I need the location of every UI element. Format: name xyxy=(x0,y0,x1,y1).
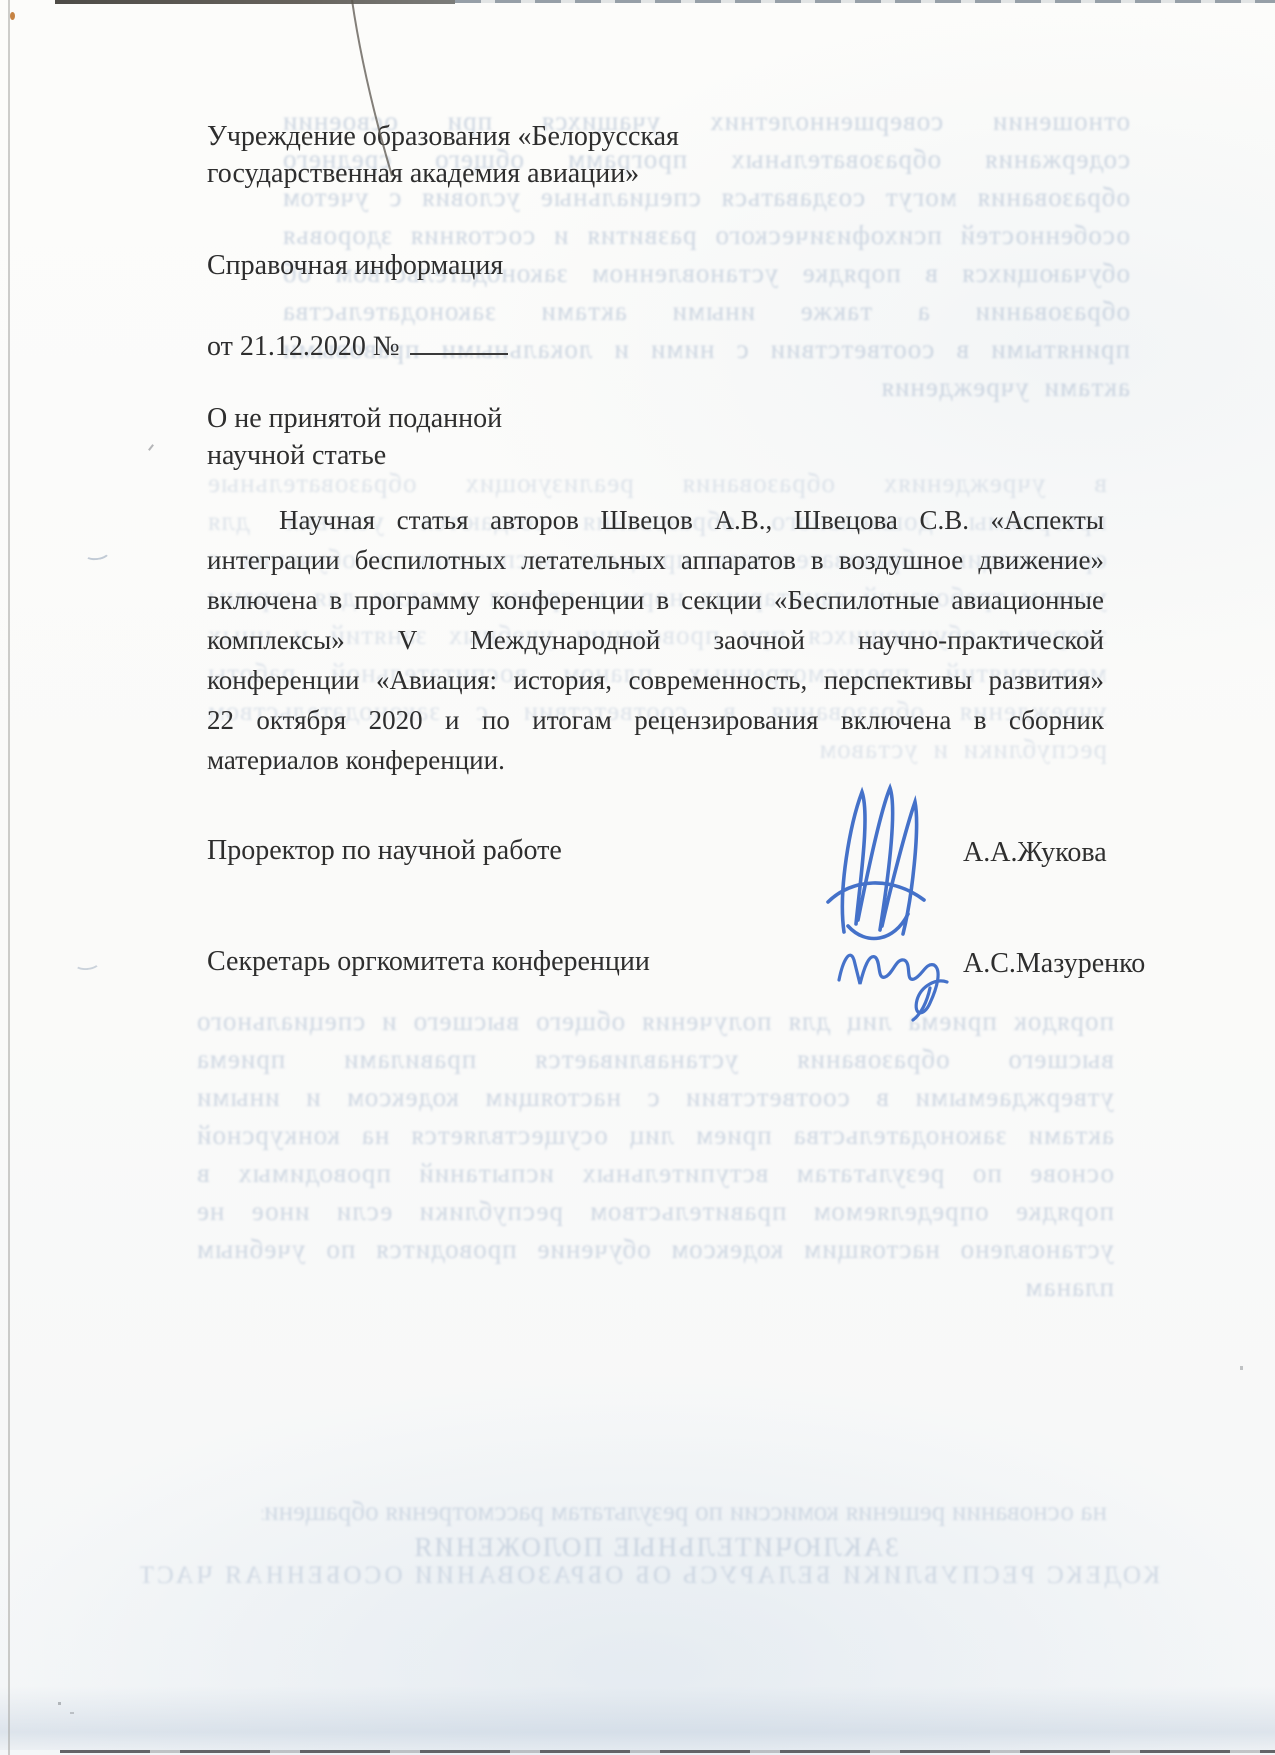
date-number-line: от 21.12.2020 № xyxy=(207,325,508,363)
body-line: комплексы» V Международной заочной научн… xyxy=(207,620,1104,660)
signature-mazurenko-icon xyxy=(833,928,958,1023)
scan-edge-top-dashes xyxy=(455,0,1275,3)
subject-line: О не принятой поданной xyxy=(207,400,502,437)
signature-zhukova-icon xyxy=(818,780,938,952)
organization-line: государственная академия авиации» xyxy=(207,155,727,192)
date-prefix: от 21.12.2020 № xyxy=(207,331,400,362)
body-line: интеграции беспилотных летательных аппар… xyxy=(207,540,1104,580)
body-line: 22 октября 2020 и по итогам рецензирован… xyxy=(207,700,1104,740)
document-subject: О не принятой поданной научной статье xyxy=(207,400,502,474)
scan-speck-orange xyxy=(10,12,15,20)
scan-speck xyxy=(58,1702,61,1705)
body-line: Научная статья авторов Швецов А.В., Швец… xyxy=(207,500,1104,540)
number-blank-line xyxy=(410,325,508,355)
scan-speck xyxy=(148,444,154,451)
scan-edge-left xyxy=(8,0,10,1755)
pen-arc-mark xyxy=(83,544,111,561)
bleedthrough-footer-heading: ЗАКЛЮЧИТЕЛЬНЫЕ ПОЛОЖЕНИЯ xyxy=(207,1532,1104,1563)
body-line: включена в программу конференции в секци… xyxy=(207,580,1104,620)
document-type-label: Справочная информация xyxy=(207,250,503,282)
body-paragraph: Научная статья авторов Швецов А.В., Швец… xyxy=(207,500,1104,780)
signatory-title-secretary: Секретарь оргкомитета конференции xyxy=(207,946,650,978)
scan-speck xyxy=(1240,1366,1243,1370)
body-line: конференции «Авиация: история, современн… xyxy=(207,660,1104,700)
scan-edge-bottom xyxy=(60,1750,1275,1753)
bleedthrough-footer-title: КОДЕКС РЕСПУБЛИКИ БЕЛАРУСЬ ОБ ОБРАЗОВАНИ… xyxy=(140,1562,1160,1590)
body-line: материалов конференции. xyxy=(207,740,1104,780)
pen-arc-mark xyxy=(73,955,100,971)
signatory-name-mazurenko: А.С.Мазуренко xyxy=(963,948,1145,980)
scan-speck xyxy=(70,1712,74,1714)
organization-line: Учреждение образования «Белорусская xyxy=(207,118,727,155)
signatory-title-vice-rector: Проректор по научной работе xyxy=(207,835,562,867)
scanned-document-page: отношении совершеннолетних учащихся при … xyxy=(0,0,1275,1755)
subject-line: научной статье xyxy=(207,437,502,474)
organization-name: Учреждение образования «Белорусская госу… xyxy=(207,118,727,192)
signatory-name-zhukova: А.А.Жукова xyxy=(963,837,1107,869)
bleedthrough-text-bottom: порядок приема лиц для получения общего … xyxy=(196,1002,1114,1462)
paper-crease-line xyxy=(330,0,410,180)
scan-smudge-bottom xyxy=(0,1686,1275,1750)
bleedthrough-footer-line: на основании решения комиссии по результ… xyxy=(262,1496,1107,1527)
